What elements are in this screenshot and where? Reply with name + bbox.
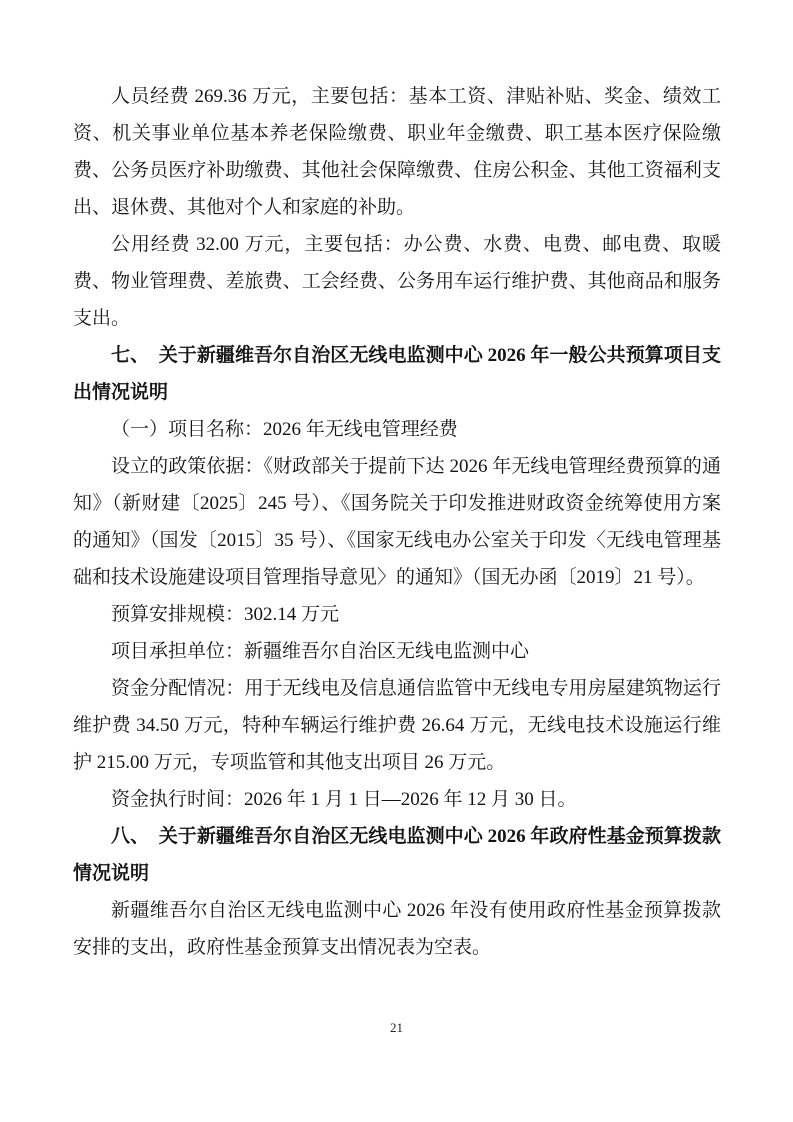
section-heading: 八、 关于新疆维吾尔自治区无线电监测中心 2026 年政府性基金预算拨款情况说明 — [73, 818, 721, 892]
page-number: 21 — [0, 1020, 793, 1036]
document-body: 人员经费 269.36 万元，主要包括：基本工资、津贴补贴、奖金、绩效工资、机关… — [73, 78, 721, 966]
paragraph: 设立的政策依据：《财政部关于提前下达 2026 年无线电管理经费预算的通知》（新… — [73, 448, 721, 596]
paragraph: 新疆维吾尔自治区无线电监测中心 2026 年没有使用政府性基金预算拨款安排的支出… — [73, 892, 721, 966]
paragraph: 项目承担单位：新疆维吾尔自治区无线电监测中心 — [73, 633, 721, 670]
paragraph: 公用经费 32.00 万元，主要包括：办公费、水费、电费、邮电费、取暖费、物业管… — [73, 226, 721, 337]
paragraph: 资金执行时间：2026 年 1 月 1 日—2026 年 12 月 30 日。 — [73, 781, 721, 818]
paragraph: 人员经费 269.36 万元，主要包括：基本工资、津贴补贴、奖金、绩效工资、机关… — [73, 78, 721, 226]
paragraph: 资金分配情况：用于无线电及信息通信监管中无线电专用房屋建筑物运行维护费 34.5… — [73, 670, 721, 781]
paragraph: （一）项目名称：2026 年无线电管理经费 — [73, 411, 721, 448]
paragraph: 预算安排规模：302.14 万元 — [73, 596, 721, 633]
section-heading: 七、 关于新疆维吾尔自治区无线电监测中心 2026 年一般公共预算项目支出情况说… — [73, 337, 721, 411]
document-page: 人员经费 269.36 万元，主要包括：基本工资、津贴补贴、奖金、绩效工资、机关… — [0, 0, 793, 1122]
